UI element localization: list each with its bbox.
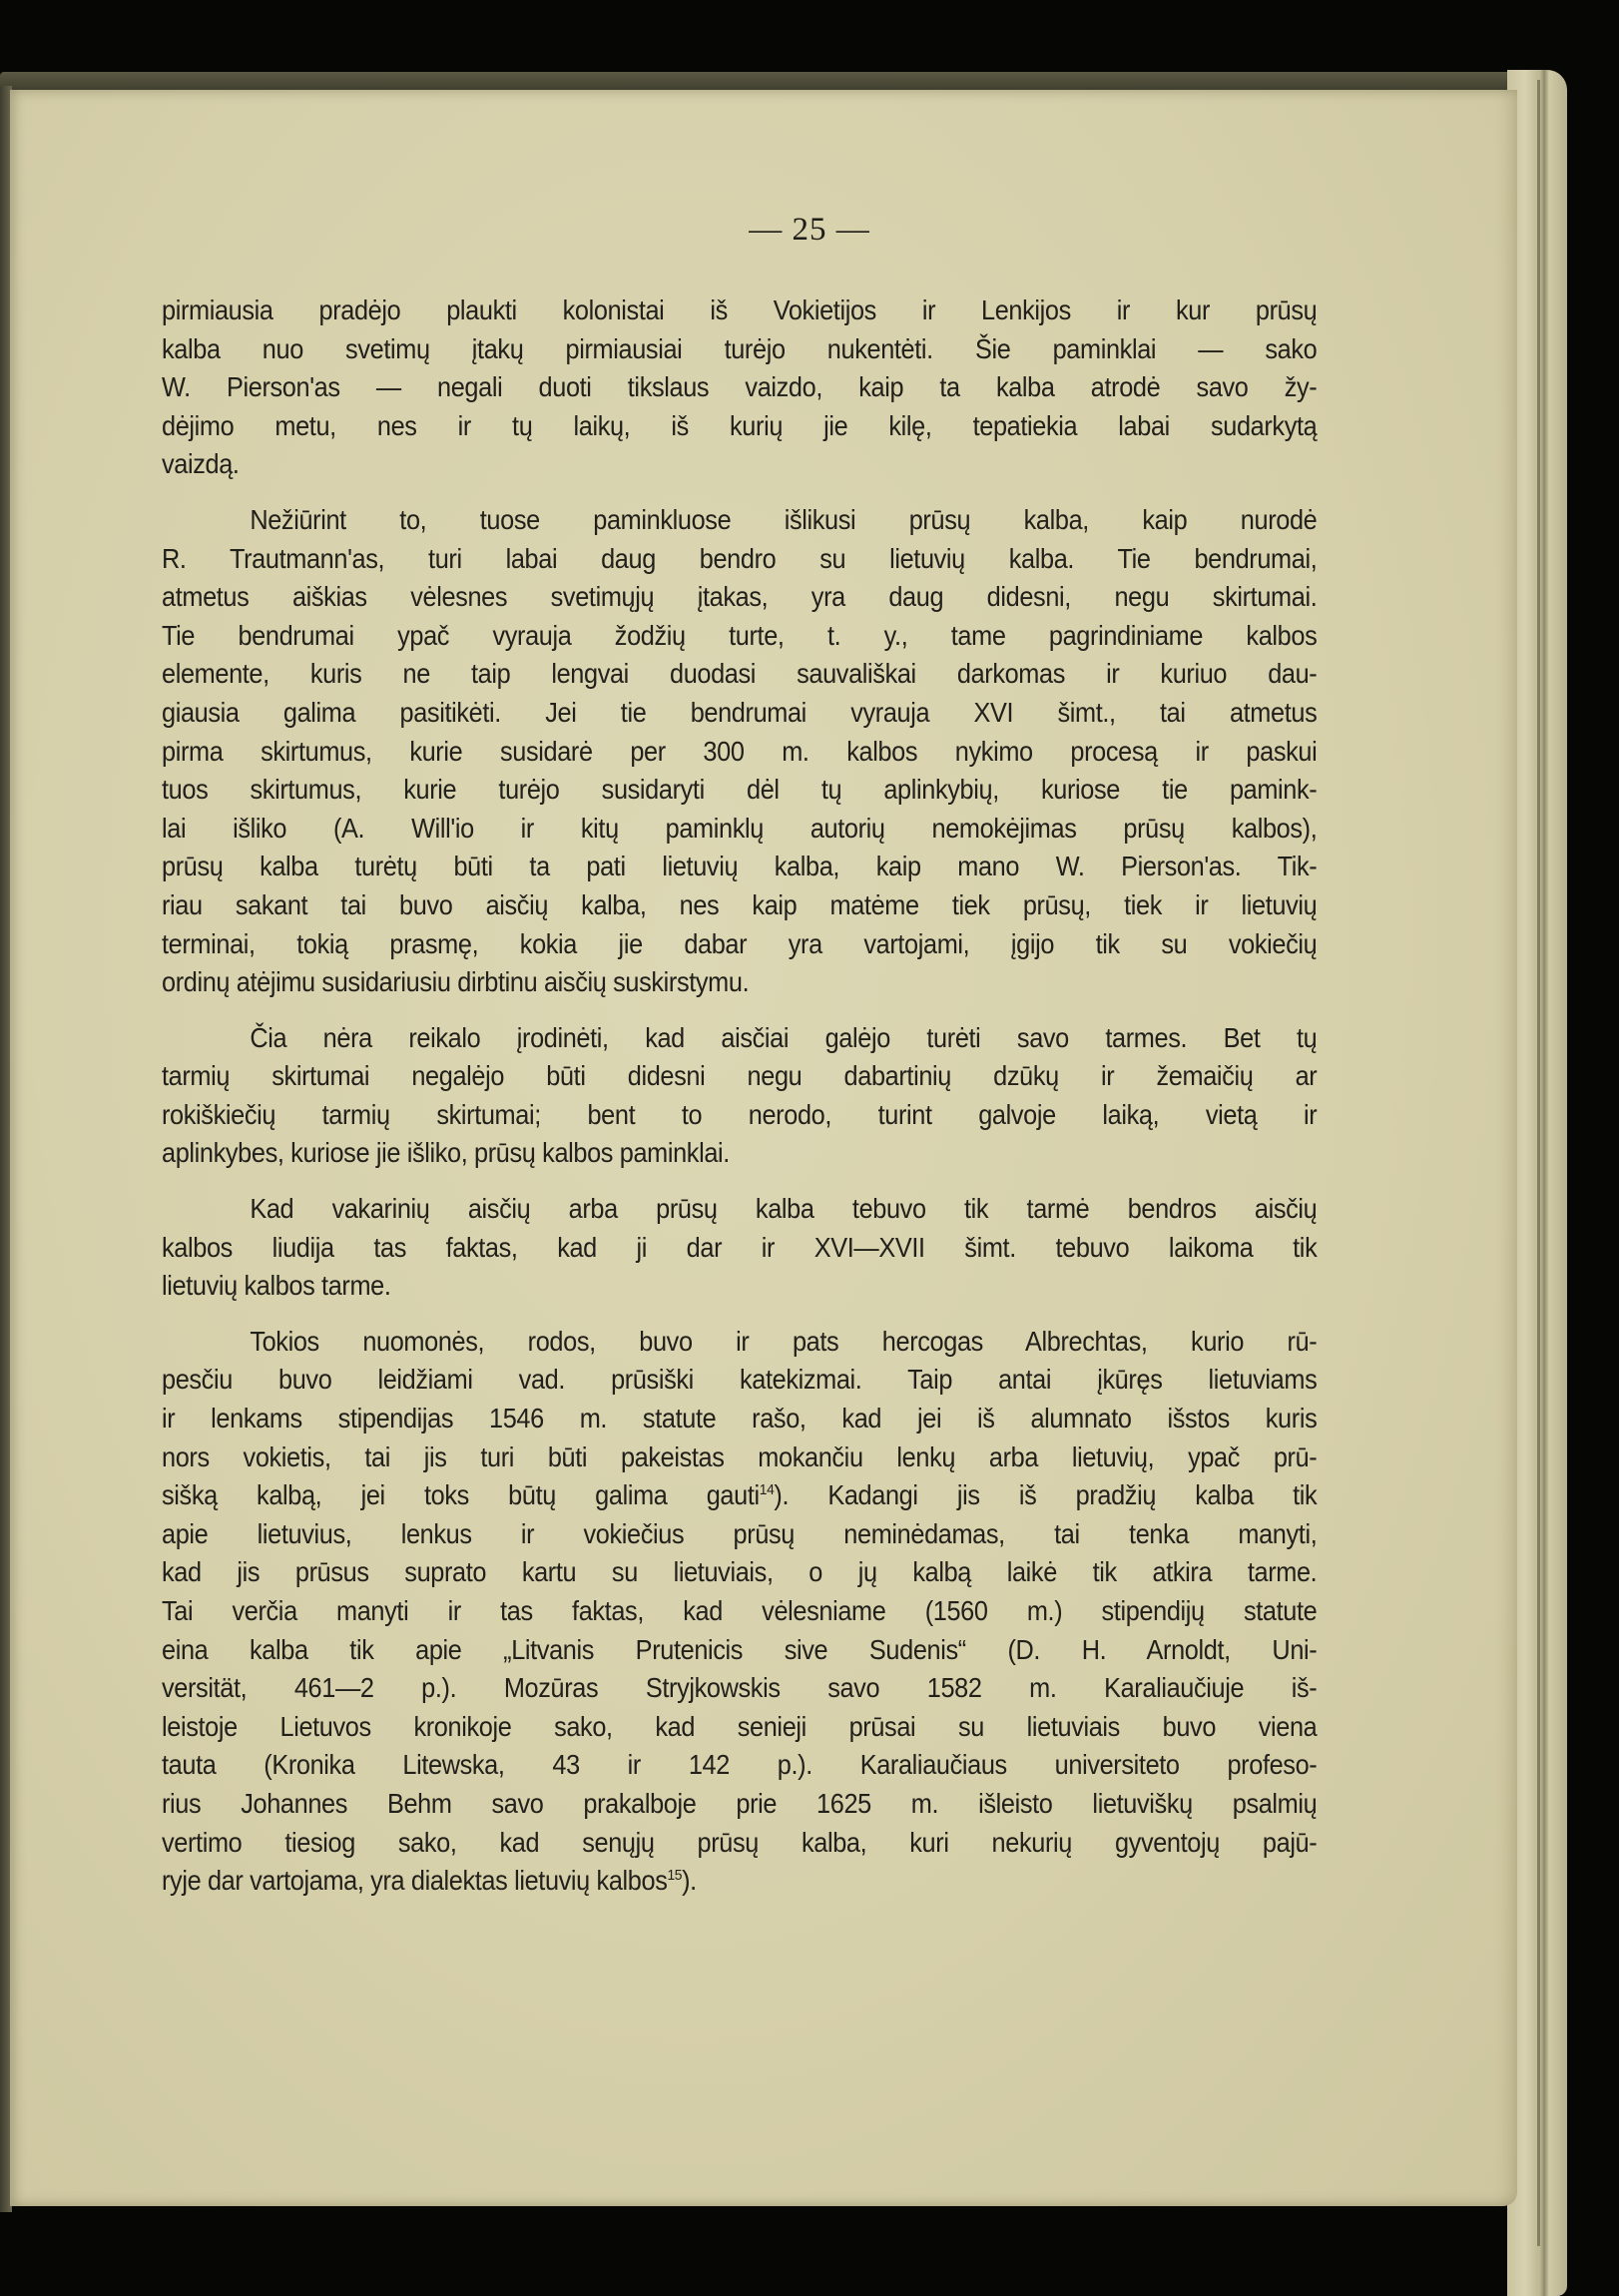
text-line: kad jis prūsus suprato kartu su lietuvia… [162,1553,1317,1592]
text-line: W. Pierson'as — negali duoti tikslaus va… [162,368,1317,407]
text-line: prūsų kalba turėtų būti ta pati lietuvių… [162,848,1317,886]
paragraph: pirmiausia pradėjo plaukti kolonistai iš… [162,291,1317,484]
page-fold-line [1537,80,1540,2246]
footnote-ref-15: 15 [667,1867,682,1884]
text-line: rius Johannes Behm savo prakalboje prie … [162,1785,1317,1824]
text-segment: ). Kadangi jis iš pradžių kalba tik [774,1479,1317,1510]
text-line: Tie bendrumai ypač vyrauja žodžių turte,… [162,617,1317,656]
text-line: riau sakant tai buvo aisčių kalba, nes k… [162,886,1317,925]
paragraph: Kad vakarinių aisčių arba prūsų kalba te… [162,1190,1317,1306]
paragraph: Čia nėra reikalo įrodinėti, kad aisčiai … [162,1019,1317,1173]
text-line: Čia nėra reikalo įrodinėti, kad aisčiai … [162,1019,1317,1058]
body-text: pirmiausia pradėjo plaukti kolonistai iš… [162,291,1225,1901]
book-cover-top-edge [0,72,1557,92]
text-line: lietuvių kalbos tarme. [162,1267,1317,1306]
text-line: rokiškiečių tarmių skirtumai; bent to ne… [162,1096,1317,1135]
text-line: pirma skirtumus, kurie susidarė per 300 … [162,733,1317,772]
text-line: tarmių skirtumai negalėjo būti didesni n… [162,1057,1317,1096]
text-segment: ). [682,1865,697,1896]
text-line: leistoje Lietuvos kronikoje sako, kad se… [162,1708,1317,1747]
footnote-ref-14: 14 [760,1481,775,1498]
text-line: elemente, kuris ne taip lengvai duodasi … [162,655,1317,694]
text-line: apie lietuvius, lenkus ir vokiečius prūs… [162,1515,1317,1554]
text-line: dėjimo metu, nes ir tų laikų, iš kurių j… [162,407,1317,446]
text-line: lai išliko (A. Will'io ir kitų paminklų … [162,810,1317,849]
text-line: pesčiu buvo leidžiami vad. prūsiški kate… [162,1361,1317,1400]
text-line: giausia galima pasitikėti. Jei tie bendr… [162,694,1317,733]
text-line: versität, 461—2 p.). Mozūras Stryjkowski… [162,1669,1317,1708]
text-line: nors vokietis, tai jis turi būti pakeist… [162,1438,1317,1477]
text-line: tuos skirtumus, kurie turėjo susidaryti … [162,771,1317,810]
text-line: kalbos liudija tas faktas, kad ji dar ir… [162,1229,1317,1268]
text-line: R. Trautmann'as, turi labai daug bendro … [162,540,1317,579]
text-line: kalba nuo svetimų įtakų pirmiausiai turė… [162,330,1317,369]
paragraph: Nežiūrint to, tuose paminkluose išlikusi… [162,501,1317,1002]
text-line: Kad vakarinių aisčių arba prūsų kalba te… [162,1190,1317,1229]
text-line: ordinų atėjimu susidariusiu dirbtinu ais… [162,963,1317,1002]
text-line: ir lenkams stipendijas 1546 m. statute r… [162,1400,1317,1438]
text-line: sišką kalbą, jei toks būtų galima gauti1… [162,1476,1317,1515]
text-line: Tokios nuomonės, rodos, buvo ir pats her… [162,1323,1317,1362]
text-segment: ryje dar vartojama, yra dialektas lietuv… [162,1865,667,1896]
text-line: eina kalba tik apie „Litvanis Prutenicis… [162,1631,1317,1670]
text-segment: sišką kalbą, jei toks būtų galima gauti [162,1479,760,1510]
page-number: — 25 — [0,212,1619,249]
text-line: terminai, tokią prasmę, kokia jie dabar … [162,925,1317,964]
paragraph: Tokios nuomonės, rodos, buvo ir pats her… [162,1323,1317,1901]
text-line: Tai verčia manyti ir tas faktas, kad vėl… [162,1592,1317,1631]
text-line: atmetus aiškias vėlesnes svetimųjų įtaka… [162,578,1317,617]
text-line: pirmiausia pradėjo plaukti kolonistai iš… [162,291,1317,330]
text-line: vertimo tiesiog sako, kad senųjų prūsų k… [162,1824,1317,1863]
text-line: ryje dar vartojama, yra dialektas lietuv… [162,1862,1317,1901]
text-line: aplinkybes, kuriose jie išliko, prūsų ka… [162,1134,1317,1173]
text-line: vaizdą. [162,445,1317,484]
text-line: Nežiūrint to, tuose paminkluose išlikusi… [162,501,1317,540]
text-line: tauta (Kronika Litewska, 43 ir 142 p.). … [162,1746,1317,1785]
